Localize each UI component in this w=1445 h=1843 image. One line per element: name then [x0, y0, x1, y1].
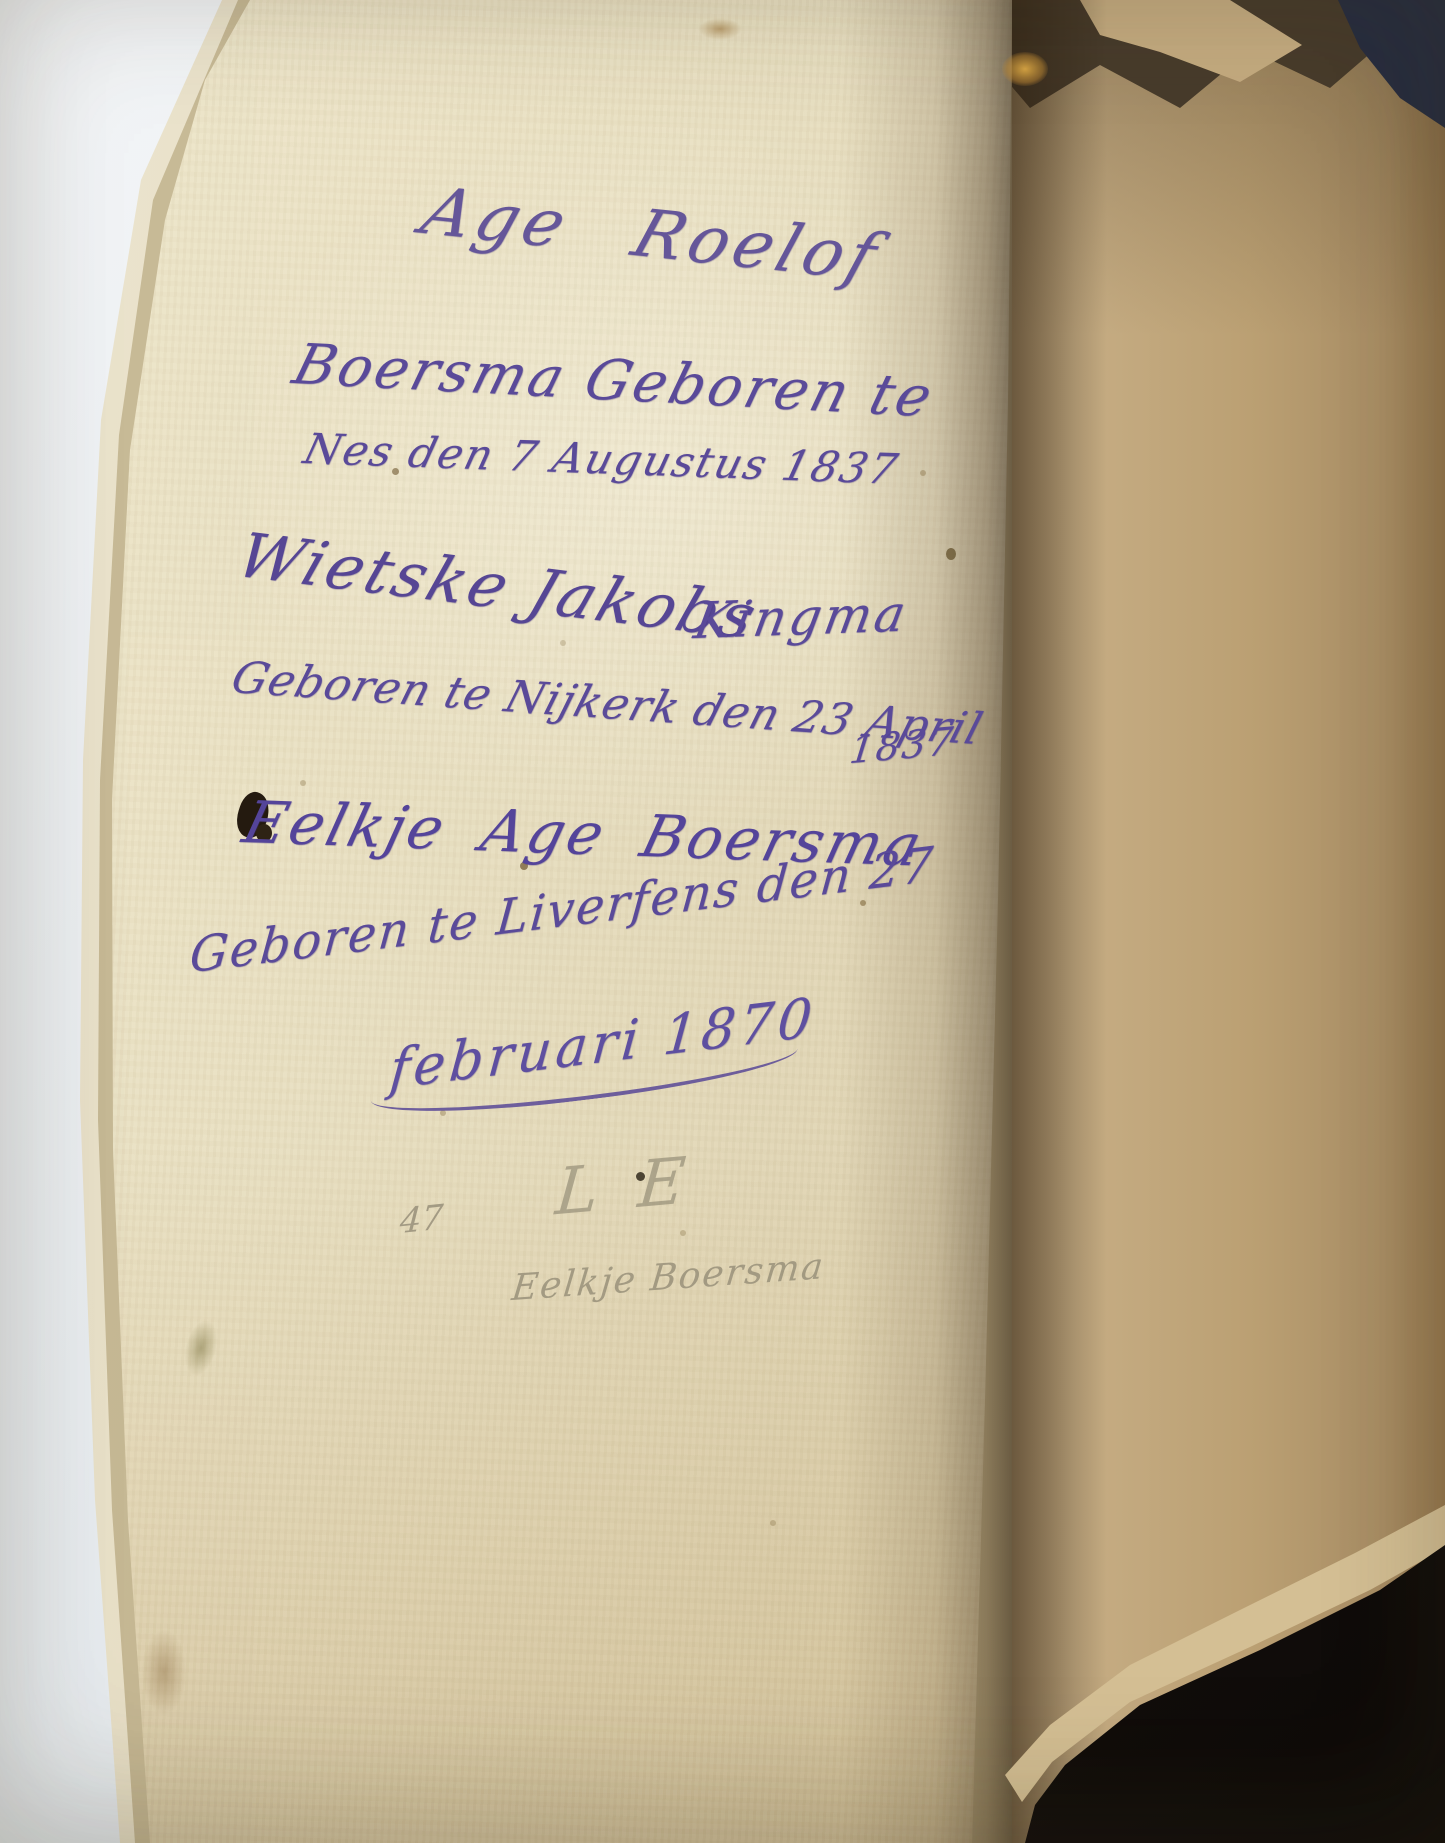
paper-speck: [946, 548, 956, 560]
book-photo: Age Roelof Boersma Geboren te Nes den 7 …: [0, 0, 1445, 1843]
stain-spot: [698, 18, 742, 40]
pencil-scribble: 47: [399, 1197, 445, 1242]
stain-spot: [1002, 52, 1048, 86]
pencil-initials: L E: [553, 1143, 699, 1230]
handwriting-line-kingma: Kingma: [690, 584, 913, 650]
stain-spot: [142, 1630, 186, 1714]
spine-shadow: [1012, 0, 1107, 1843]
